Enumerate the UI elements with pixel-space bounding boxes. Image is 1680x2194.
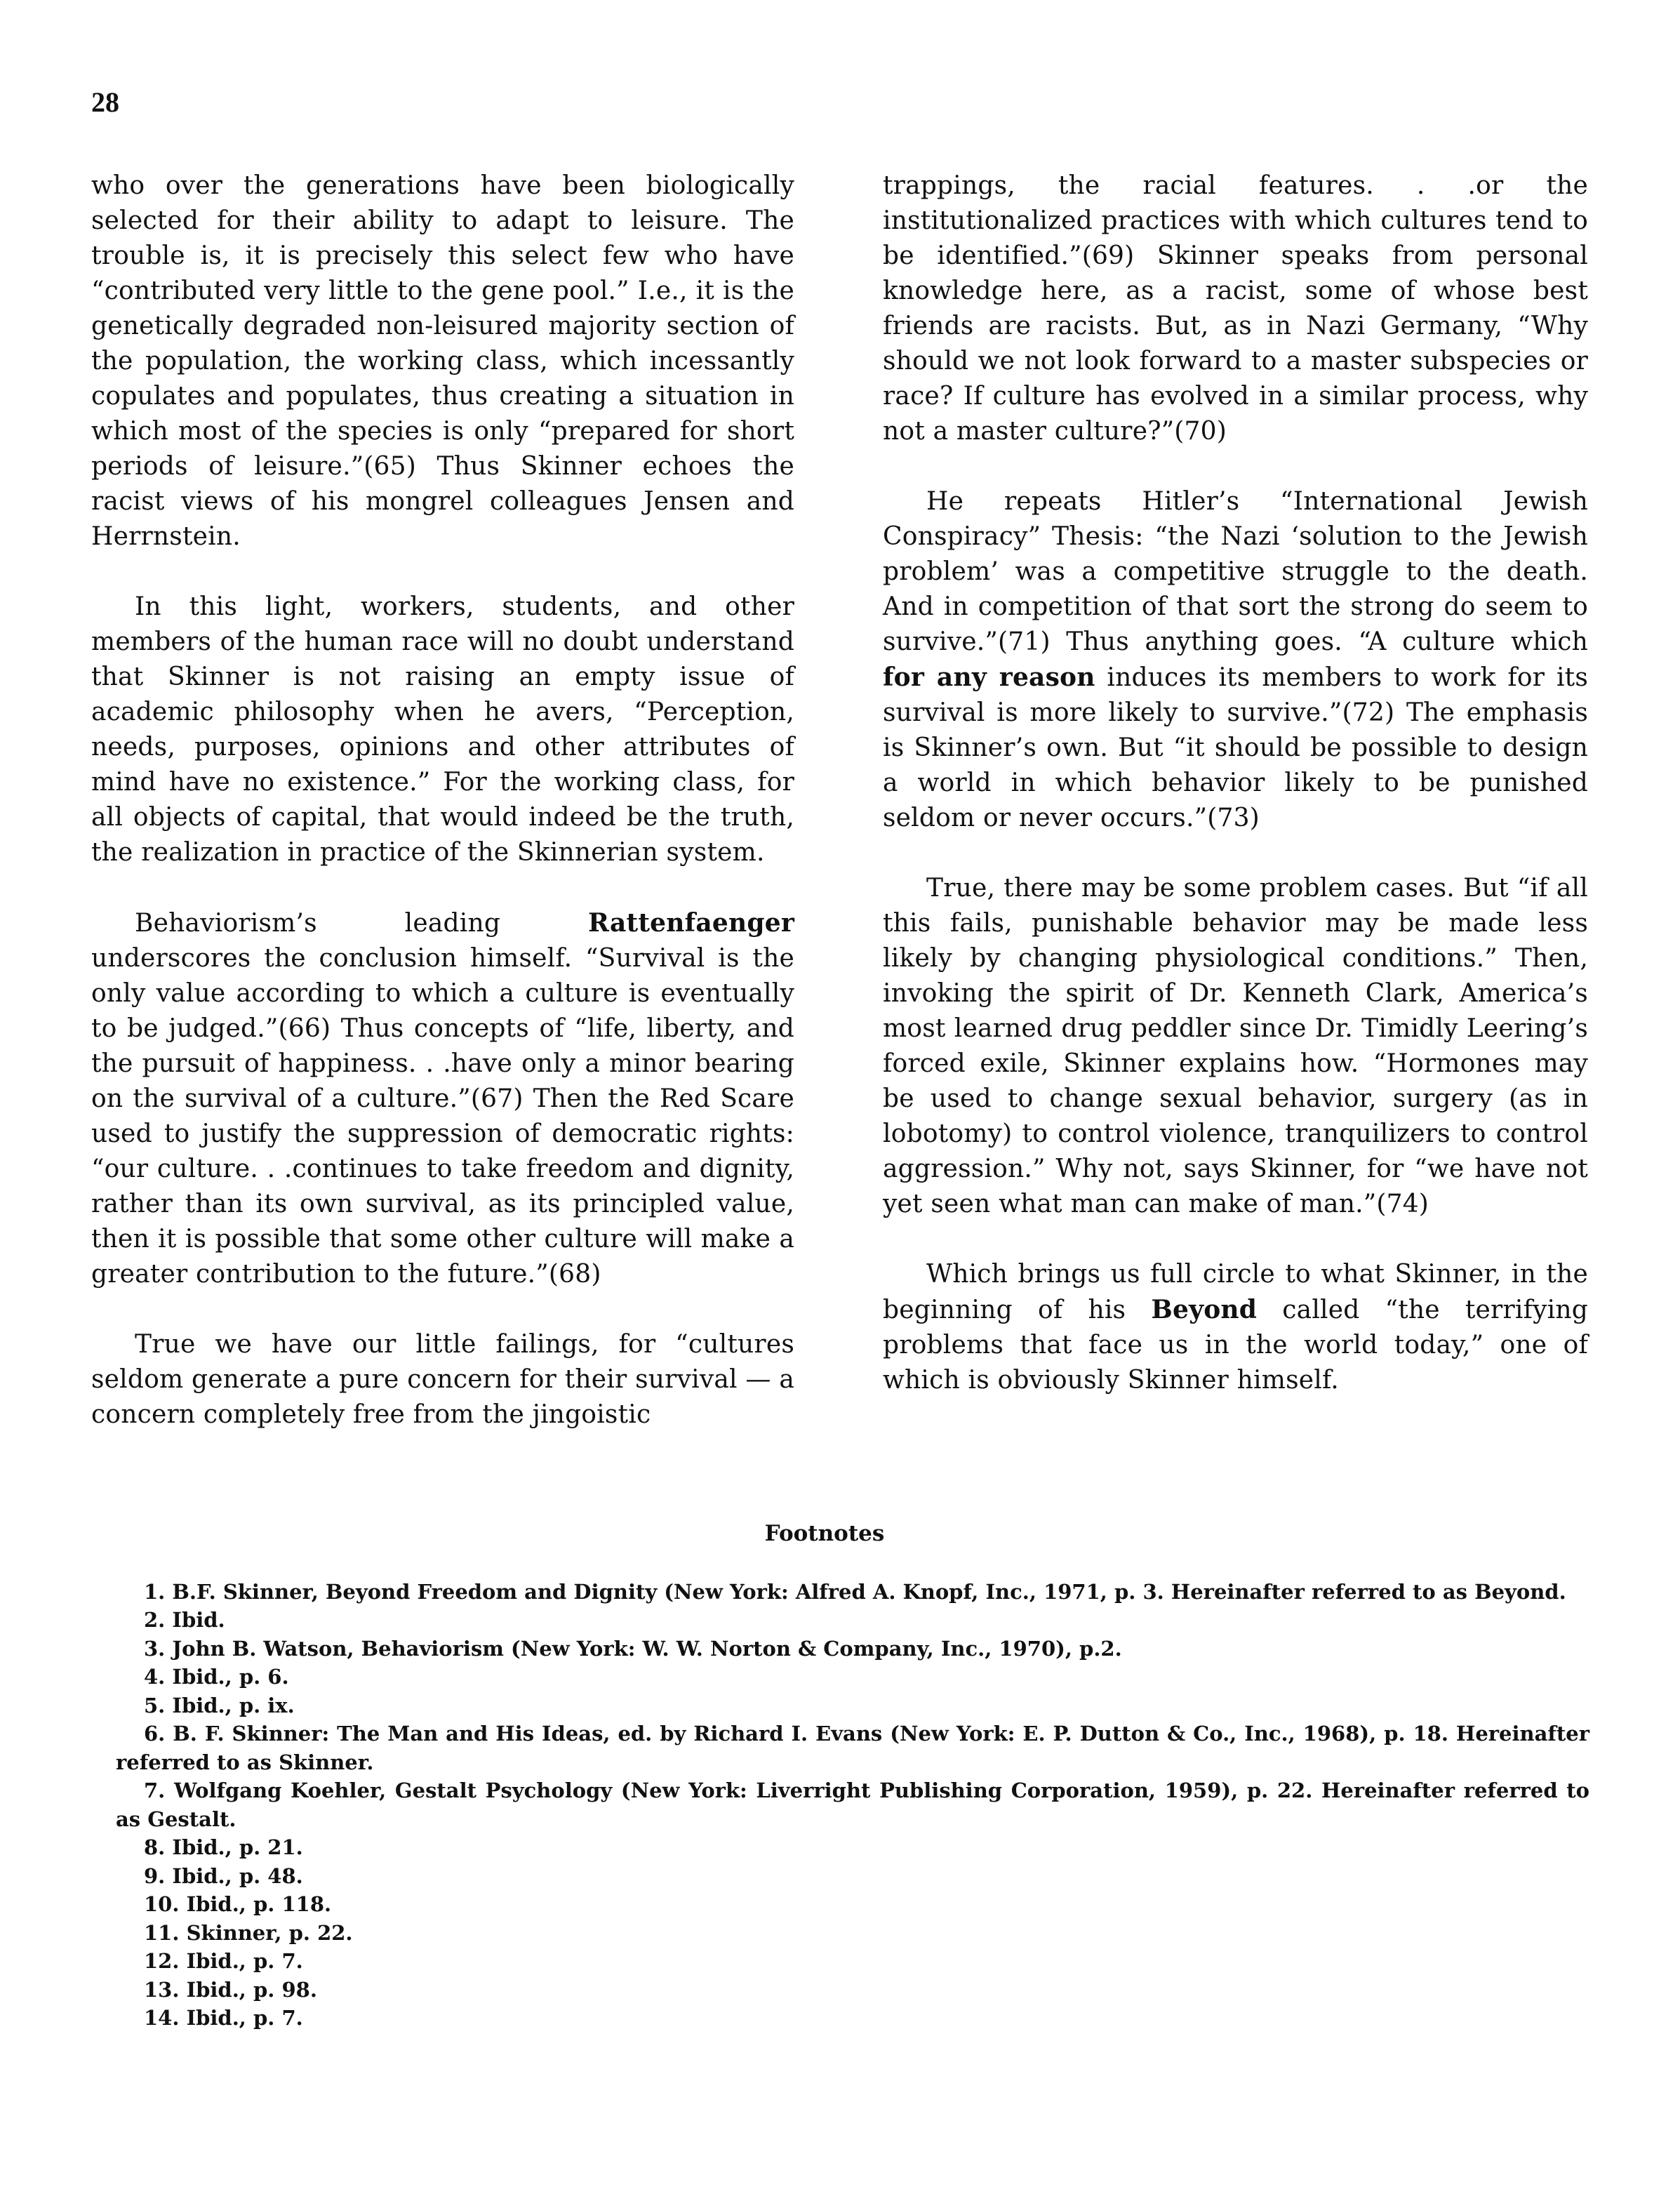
paragraph-text: True we have our little failings, for “c… [91,1330,794,1429]
paragraph-text: In this light, workers, students, and ot… [91,592,794,867]
footnote: 6. B. F. Skinner: The Man and His Ideas,… [116,1720,1589,1776]
footnote-text: John B. Watson, Behaviorism (New York: W… [172,1637,1121,1661]
paragraph: trappings, the racial features. . .or th… [883,168,1588,449]
footnote: 14. Ibid., p. 7. [116,2004,1589,2033]
footnote-text: Skinner, p. 22. [187,1921,353,1945]
footnote: 13. Ibid., p. 98. [116,1976,1589,2004]
footnote-number: 7. [144,1779,165,1802]
footnote-text: Ibid., p. 7. [187,2006,303,2030]
footnote: 2. Ibid. [116,1606,1589,1635]
footnote: 3. John B. Watson, Behaviorism (New York… [116,1635,1589,1663]
footnote-number: 6. [144,1722,165,1746]
footnote: 5. Ibid., p. ix. [116,1691,1589,1720]
paragraph: True we have our little failings, for “c… [91,1327,794,1432]
footnote-number: 4. [144,1665,165,1689]
footnote: 12. Ibid., p. 7. [116,1947,1589,1976]
paragraph-text: who over the generations have been biolo… [91,171,794,551]
footnote-number: 2. [144,1608,165,1632]
footnote-text: Ibid., p. 21. [172,1835,302,1859]
footnote-text: B. F. Skinner: The Man and His Ideas, ed… [116,1722,1589,1774]
footnote-text: Ibid., p. 98. [187,1978,317,2002]
paragraph: True, there may be some problem cases. B… [883,871,1588,1222]
emphasis-term: Rattenfaenger [588,908,794,938]
page-number: 28 [91,86,119,119]
footnote-number: 13. [144,1978,179,2002]
footnote-number: 1. [144,1580,165,1604]
footnotes-title: Footnotes [116,1520,1589,1548]
paragraph: who over the generations have been biolo… [91,168,794,554]
paragraph: He repeats Hitler’s “International Jewis… [883,484,1588,836]
footnote-text: Ibid., p. 118. [187,1892,332,1916]
paragraph-text: True, there may be some problem cases. B… [883,874,1588,1218]
footnote-number: 8. [144,1835,165,1859]
footnotes-section: Footnotes 1. B.F. Skinner, Beyond Freedo… [116,1520,1589,2033]
footnote-number: 12. [144,1949,179,1973]
left-column: who over the generations have been biolo… [91,168,794,1468]
emphasis-term: Beyond [1151,1295,1257,1324]
footnote-text: Ibid., p. ix. [172,1694,294,1717]
footnote-text: Ibid. [172,1608,225,1632]
footnote-number: 10. [144,1892,179,1916]
footnote-number: 9. [144,1864,165,1888]
footnote: 11. Skinner, p. 22. [116,1919,1589,1948]
footnote-number: 5. [144,1694,165,1717]
paragraph-text: He repeats Hitler’s “International Jewis… [883,487,1588,656]
footnote-text: Wolfgang Koehler, Gestalt Psychology (Ne… [116,1779,1589,1831]
footnote-number: 14. [144,2006,179,2030]
paragraph: In this light, workers, students, and ot… [91,590,794,870]
emphasis-term: for any reason [883,663,1095,692]
footnote-text: Ibid., p. 48. [172,1864,302,1888]
paragraph-text: trappings, the racial features. . .or th… [883,171,1588,446]
paragraph: Which brings us full circle to what Skin… [883,1257,1588,1398]
footnote: 10. Ibid., p. 118. [116,1890,1589,1919]
paragraph: Behaviorism’s leading Rattenfaenger unde… [91,905,794,1292]
footnote-number: 11. [144,1921,179,1945]
footnote: 1. B.F. Skinner, Beyond Freedom and Dign… [116,1578,1589,1607]
footnote: 9. Ibid., p. 48. [116,1862,1589,1891]
footnote-text: B.F. Skinner, Beyond Freedom and Dignity… [172,1580,1566,1604]
paragraph-text: Behaviorism’s leading [135,909,588,938]
paragraph-text: underscores the conclusion himself. “Sur… [91,944,794,1289]
footnote-text: Ibid., p. 6. [172,1665,288,1689]
footnote: 4. Ibid., p. 6. [116,1663,1589,1691]
footnote-text: Ibid., p. 7. [187,1949,303,1973]
footnote-number: 3. [144,1637,165,1661]
right-column: trappings, the racial features. . .or th… [883,168,1588,1433]
footnote: 7. Wolfgang Koehler, Gestalt Psychology … [116,1776,1589,1833]
footnote: 8. Ibid., p. 21. [116,1833,1589,1862]
